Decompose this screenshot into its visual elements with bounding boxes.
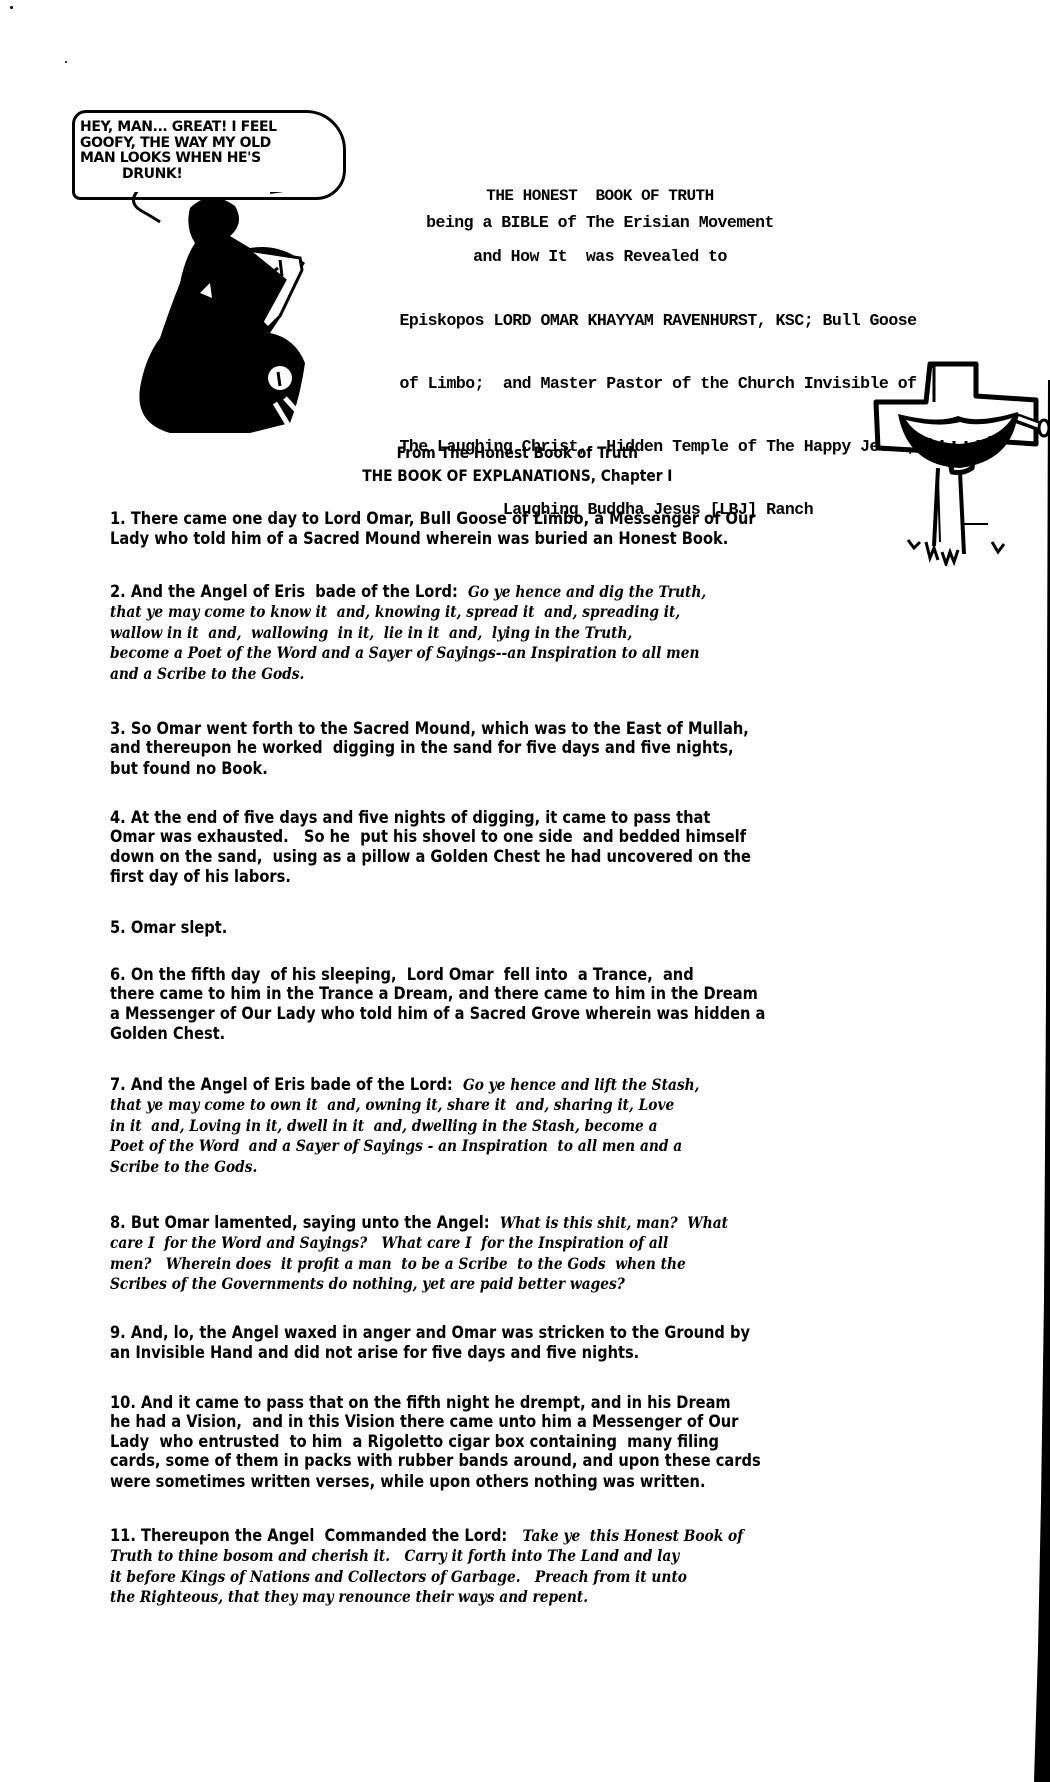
verse-text: 3. So Omar went forth to the Sacred Moun… — [110, 719, 749, 779]
verse-6: 6. On the fifth day of his sleeping, Lor… — [110, 966, 980, 1045]
credit-line: Episkopos LORD OMAR KHAYYAM RAVENHURST, … — [348, 310, 968, 331]
verse-text: 5. Omar slept. — [110, 918, 227, 938]
bubble-line: MAN LOOKS WHEN HE'S — [80, 151, 342, 167]
revealed-to-line: and How It was Revealed to — [0, 246, 1050, 267]
verse-3: 3. So Omar went forth to the Sacred Moun… — [110, 720, 980, 779]
scan-edge-shadow — [1010, 0, 1050, 1782]
speech-bubble-text: HEY, MAN... GREAT! I FEEL GOOFY, THE WAY… — [80, 120, 342, 182]
verse-text: 8. But Omar lamented, saying unto the An… — [110, 1213, 500, 1233]
bubble-line: HEY, MAN... GREAT! I FEEL — [80, 120, 342, 136]
scanned-page: HEY, MAN... GREAT! I FEEL GOOFY, THE WAY… — [0, 0, 1050, 1782]
verse-11: 11. Thereupon the Angel Commanded the Lo… — [110, 1526, 980, 1608]
verse-5: 5. Omar slept. — [110, 918, 980, 938]
source-title: From The Honest Book of Truth — [66, 442, 969, 464]
chapter-title: THE BOOK OF EXPLANATIONS, Chapter I — [66, 465, 969, 487]
verse-7: 7. And the Angel of Eris bade of the Lor… — [110, 1075, 980, 1177]
verse-text: 10. And it came to pass that on the fift… — [110, 1393, 761, 1492]
verse-text: 11. Thereupon the Angel Commanded the Lo… — [110, 1526, 523, 1546]
document-subtitle: being a BIBLE of The Erisian Movement — [0, 212, 1050, 233]
bubble-line: DRUNK! — [80, 167, 342, 183]
verse-10: 10. And it came to pass that on the fift… — [110, 1394, 980, 1492]
verse-text: 9. And, lo, the Angel waxed in anger and… — [110, 1323, 750, 1363]
verse-text: 2. And the Angel of Eris bade of the Lor… — [110, 582, 468, 602]
verse-text: 1. There came one day to Lord Omar, Bull… — [110, 509, 756, 549]
verse-text: 7. And the Angel of Eris bade of the Lor… — [110, 1075, 463, 1095]
scan-speck — [65, 61, 67, 63]
verse-4: 4. At the end of five days and five nigh… — [110, 809, 980, 888]
verse-9: 9. And, lo, the Angel waxed in anger and… — [110, 1324, 980, 1364]
bubble-line: GOOFY, THE WAY MY OLD — [80, 136, 342, 152]
scan-speck — [10, 6, 13, 9]
verse-8: 8. But Omar lamented, saying unto the An… — [110, 1213, 980, 1295]
verse-1: 1. There came one day to Lord Omar, Bull… — [110, 510, 980, 550]
verse-2: 2. And the Angel of Eris bade of the Lor… — [110, 582, 980, 684]
verse-text: 4. At the end of five days and five nigh… — [110, 808, 751, 887]
verse-text: 6. On the fifth day of his sleeping, Lor… — [110, 965, 765, 1044]
document-title: THE HONEST BOOK OF TRUTH — [0, 186, 1050, 207]
